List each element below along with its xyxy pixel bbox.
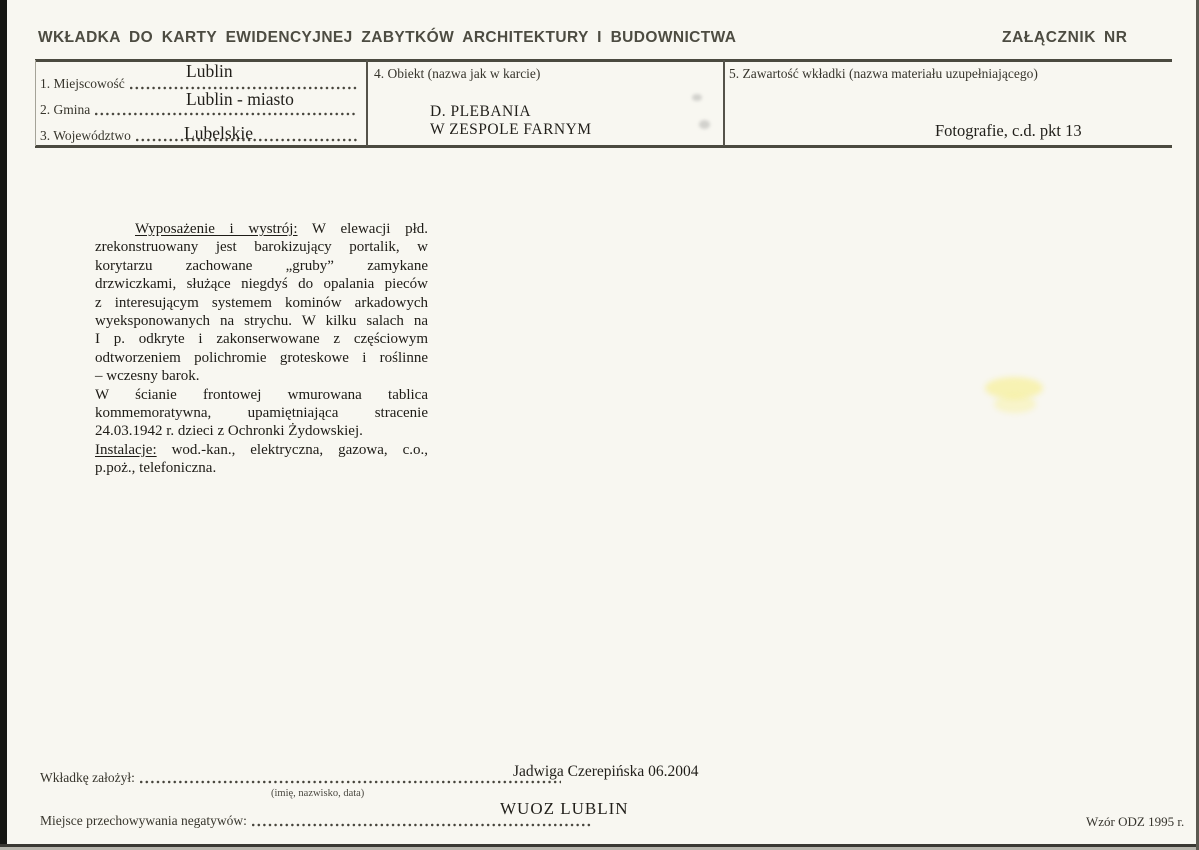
pencil-mark xyxy=(699,120,710,129)
column-divider-1 xyxy=(366,60,368,146)
body-line: kommemoratywna, upamiętniająca stracenie xyxy=(95,404,428,422)
attachment-number-label: ZAŁĄCZNIK NR xyxy=(1002,29,1128,47)
field-label: 2. Gmina xyxy=(40,102,90,118)
body-line: W ścianie frontowej wmurowana tablica xyxy=(95,386,428,404)
field-label: 1. Miejscowość xyxy=(40,76,125,92)
founder-label: Wkładkę założył: xyxy=(40,770,135,786)
table-bottom-rule xyxy=(35,145,1172,148)
field-value-gmina: Lublin - miasto xyxy=(186,89,294,110)
scanned-card: WKŁADKA DO KARTY EWIDENCYJNEJ ZABYTKÓW A… xyxy=(0,0,1199,850)
underlined-heading: Wyposażenie i wystrój: xyxy=(135,221,298,237)
founder-row: Wkładkę założył: xyxy=(40,770,561,786)
body-line: p.poż., telefoniczna. xyxy=(95,459,428,477)
field-value-miejscowosc: Lublin xyxy=(186,61,233,82)
dotted-leader xyxy=(252,823,593,827)
negatives-label: Miejsce przechowywania negatywów: xyxy=(40,813,247,829)
body-line: I p. odkryte i zakonserwowane z częściow… xyxy=(95,330,428,348)
page-title: WKŁADKA DO KARTY EWIDENCYJNEJ ZABYTKÓW A… xyxy=(38,29,736,47)
dotted-leader xyxy=(95,112,357,116)
body-line: wyeksponowanych na strychu. W kilku sala… xyxy=(95,312,428,330)
negatives-value: WUOZ LUBLIN xyxy=(500,799,629,819)
body-line: zrekonstruowany jest barokizujący portal… xyxy=(95,238,428,256)
body-line: korytarzu zachowane „gruby” zamykane xyxy=(95,257,428,275)
body-text: Wyposażenie i wystrój: W elewacji płd.zr… xyxy=(95,220,428,478)
contents-label: 5. Zawartość wkładki (nazwa materiału uz… xyxy=(729,66,1038,82)
table-left-rule xyxy=(35,60,36,146)
field-value-wojewodztwo: Lubelskie xyxy=(184,123,253,144)
body-line: – wczesny barok. xyxy=(95,367,428,385)
founder-value: Jadwiga Czerepińska 06.2004 xyxy=(513,763,699,781)
underlined-heading: Instalacje: xyxy=(95,442,157,458)
pencil-mark xyxy=(692,94,702,101)
column-divider-2 xyxy=(723,60,725,146)
scan-edge-left xyxy=(0,0,7,844)
body-line: drzwiczkami, służące niegdyś do opalania… xyxy=(95,275,428,293)
body-line: z interesującym systemem kominów arkadow… xyxy=(95,294,428,312)
object-label: 4. Obiekt (nazwa jak w karcie) xyxy=(374,66,540,82)
contents-value: Fotografie, c.d. pkt 13 xyxy=(935,121,1082,141)
dotted-leader xyxy=(140,780,561,784)
object-value-line2: W ZESPOLE FARNYM xyxy=(430,121,592,139)
object-value-line1: D. PLEBANIA xyxy=(430,103,531,121)
body-line: Wyposażenie i wystrój: W elewacji płd. xyxy=(95,220,428,238)
founder-hint: (imię, nazwisko, data) xyxy=(271,788,364,799)
field-label: 3. Województwo xyxy=(40,128,131,144)
highlighter-smudge xyxy=(994,395,1036,413)
body-line: 24.03.1942 r. dzieci z Ochronki Żydowski… xyxy=(95,422,428,440)
body-line: Instalacje: wod.-kan., elektryczna, gazo… xyxy=(95,441,428,459)
form-code: Wzór ODZ 1995 r. xyxy=(1086,814,1184,830)
body-line: odtworzeniem polichromie groteskowe i ro… xyxy=(95,349,428,367)
